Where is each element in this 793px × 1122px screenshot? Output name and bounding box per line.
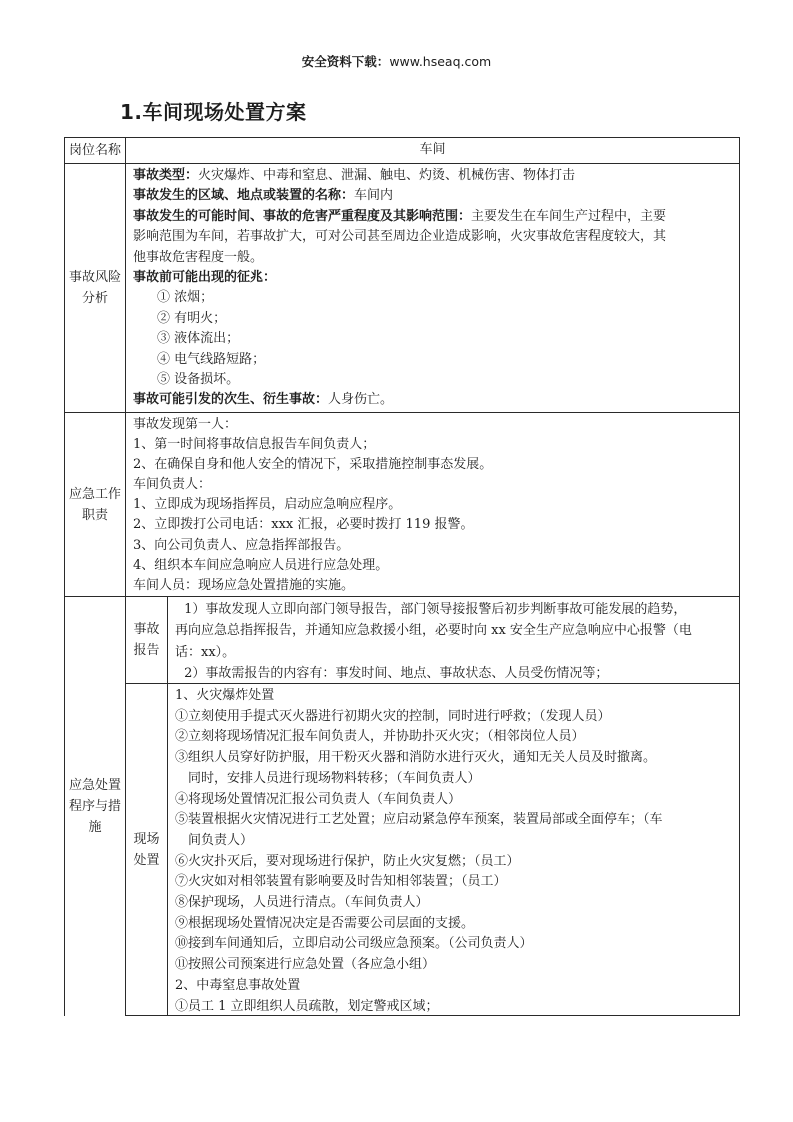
content-line: ③ 液体流出；	[133, 329, 733, 349]
header-note-url: www.hseaq.com	[389, 54, 491, 69]
content-line: 3、向公司负责人、应急指挥部报告。	[133, 536, 733, 556]
content-line: ⑤装置根据火灾情况进行工艺处置；应启动紧急停车预案，装置局部或全面停车；（车	[175, 810, 733, 831]
content-line: 车间负责人：	[133, 475, 733, 495]
row-label-emergency-duty: 应急工作职责	[64, 413, 126, 596]
row-label-risk-analysis: 事故风险分析	[64, 164, 126, 412]
content-line: ①立刻使用手提式灭火器进行初期火灾的控制，同时进行呼救；（发现人员）	[175, 707, 733, 728]
emergency-duty-content: 事故发现第一人：1、第一时间将事故信息报告车间负责人；2、在确保自身和他人安全的…	[126, 413, 740, 596]
procedures-subrows: 事故报告 1）事故发现人立即向部门领导报告，部门领导接报警后初步判断事故可能发展…	[126, 597, 740, 1016]
content-line: 2、中毒窒息事故处置	[175, 976, 733, 997]
content-line: ② 有明火；	[133, 309, 733, 329]
content-line: ⑨根据现场处置情况决定是否需要公司层面的支援。	[175, 914, 733, 935]
content-line: 1、火灾爆炸处置	[175, 686, 733, 707]
content-line: 2）事故需报告的内容有：事发时间、地点、事故状态、人员受伤情况等；	[175, 663, 733, 683]
header-note-label: 安全资料下载：	[302, 54, 390, 69]
plan-table: 岗位名称 车间 事故风险分析 事故类型：火灾爆炸、中毒和窒息、泄漏、触电、灼烫、…	[64, 137, 740, 1016]
content-line: ① 浓烟；	[133, 288, 733, 308]
scene-disposal-content: 1、火灾爆炸处置①立刻使用手提式灭火器进行初期火灾的控制，同时进行呼救；（发现人…	[168, 684, 739, 1015]
content-line: 事故发现第一人：	[133, 415, 733, 435]
content-line: ⑧保护现场，人员进行清点。（车间负责人）	[175, 893, 733, 914]
page-title: 1.车间现场处置方案	[120, 96, 307, 125]
content-line: ④ 电气线路短路；	[133, 350, 733, 370]
content-line: ④将现场处置情况汇报公司负责人（车间负责人）	[175, 790, 733, 811]
content-line: ⑦火灾如对相邻装置有影响要及时告知相邻装置；（员工）	[175, 872, 733, 893]
content-line: 事故发生的区域、地点或装置的名称：车间内	[133, 186, 733, 206]
content-line: 事故发生的可能时间、事故的危害严重程度及其影响范围：主要发生在车间生产过程中，主…	[133, 207, 733, 227]
content-line: ③组织人员穿好防护服，用干粉灭火器和消防水进行灭火，通知无关人员及时撤离。	[175, 748, 733, 769]
content-line: 他事故危害程度一般。	[133, 248, 733, 268]
content-line: ⑥火灾扑灭后，要对现场进行保护，防止火灾复燃；（员工）	[175, 852, 733, 873]
content-line: 1）事故发现人立即向部门领导报告，部门领导接报警后初步判断事故可能发展的趋势，	[175, 599, 733, 620]
header-note: 安全资料下载：www.hseaq.com	[0, 52, 793, 70]
content-line: 事故前可能出现的征兆：	[133, 268, 733, 288]
content-line: 1、第一时间将事故信息报告车间负责人；	[133, 435, 733, 455]
subrow-accident-report: 事故报告 1）事故发现人立即向部门领导报告，部门领导接报警后初步判断事故可能发展…	[126, 597, 739, 684]
content-line: 事故类型：火灾爆炸、中毒和窒息、泄漏、触电、灼烫、机械伤害、物体打击	[133, 166, 733, 186]
content-line: 事故可能引发的次生、衍生事故：人身伤亡。	[133, 390, 733, 410]
content-line: 间负责人）	[175, 831, 733, 852]
sublabel-scene-disposal: 现场处置	[126, 684, 168, 1015]
content-line: 2、在确保自身和他人安全的情况下，采取措施控制事态发展。	[133, 455, 733, 475]
row-label-procedures: 应急处置程序与措施	[64, 597, 126, 1016]
content-line: ⑪按照公司预案进行应急处置（各应急小组）	[175, 955, 733, 976]
content-line: 车间人员：现场应急处置措施的实施。	[133, 576, 733, 596]
content-line: ⑩接到车间通知后，立即启动公司级应急预案。（公司负责人）	[175, 934, 733, 955]
subrow-scene-disposal: 现场处置 1、火灾爆炸处置①立刻使用手提式灭火器进行初期火灾的控制，同时进行呼救…	[126, 684, 739, 1016]
header-cell-workshop: 车间	[126, 138, 740, 163]
content-line: 同时，安排人员进行现场物料转移；（车间负责人）	[175, 769, 733, 790]
content-line: 再向应急总指挥报告，并通知应急救援小组，必要时向 xx 安全生产应急响应中心报警…	[175, 620, 733, 641]
table-row-procedures: 应急处置程序与措施 事故报告 1）事故发现人立即向部门领导报告，部门领导接报警后…	[64, 597, 740, 1016]
sublabel-accident-report: 事故报告	[126, 597, 168, 683]
header-cell-position-name: 岗位名称	[64, 138, 126, 163]
table-row-emergency-duty: 应急工作职责 事故发现第一人：1、第一时间将事故信息报告车间负责人；2、在确保自…	[64, 413, 740, 597]
content-line: 影响范围为车间，若事故扩大，可对公司甚至周边企业造成影响，火灾事故危害程度较大，…	[133, 227, 733, 247]
table-header-row: 岗位名称 车间	[64, 138, 740, 164]
content-line: 话：xx）。	[175, 642, 733, 663]
accident-report-content: 1）事故发现人立即向部门领导报告，部门领导接报警后初步判断事故可能发展的趋势，再…	[168, 597, 739, 683]
document-page: 安全资料下载：www.hseaq.com 1.车间现场处置方案 岗位名称 车间 …	[0, 0, 793, 1122]
content-line: ①员工 1 立即组织人员疏散，划定警戒区域；	[175, 997, 733, 1015]
risk-analysis-content: 事故类型：火灾爆炸、中毒和窒息、泄漏、触电、灼烫、机械伤害、物体打击事故发生的区…	[126, 164, 740, 412]
content-line: 4、组织本车间应急响应人员进行应急处理。	[133, 556, 733, 576]
content-line: 2、立即拨打公司电话：xxx 汇报，必要时拨打 119 报警。	[133, 515, 733, 535]
content-line: ⑤ 设备损坏。	[133, 370, 733, 390]
table-row-risk-analysis: 事故风险分析 事故类型：火灾爆炸、中毒和窒息、泄漏、触电、灼烫、机械伤害、物体打…	[64, 164, 740, 413]
content-line: ②立刻将现场情况汇报车间负责人，并协助扑灭火灾；（相邻岗位人员）	[175, 727, 733, 748]
content-line: 1、立即成为现场指挥员，启动应急响应程序。	[133, 495, 733, 515]
